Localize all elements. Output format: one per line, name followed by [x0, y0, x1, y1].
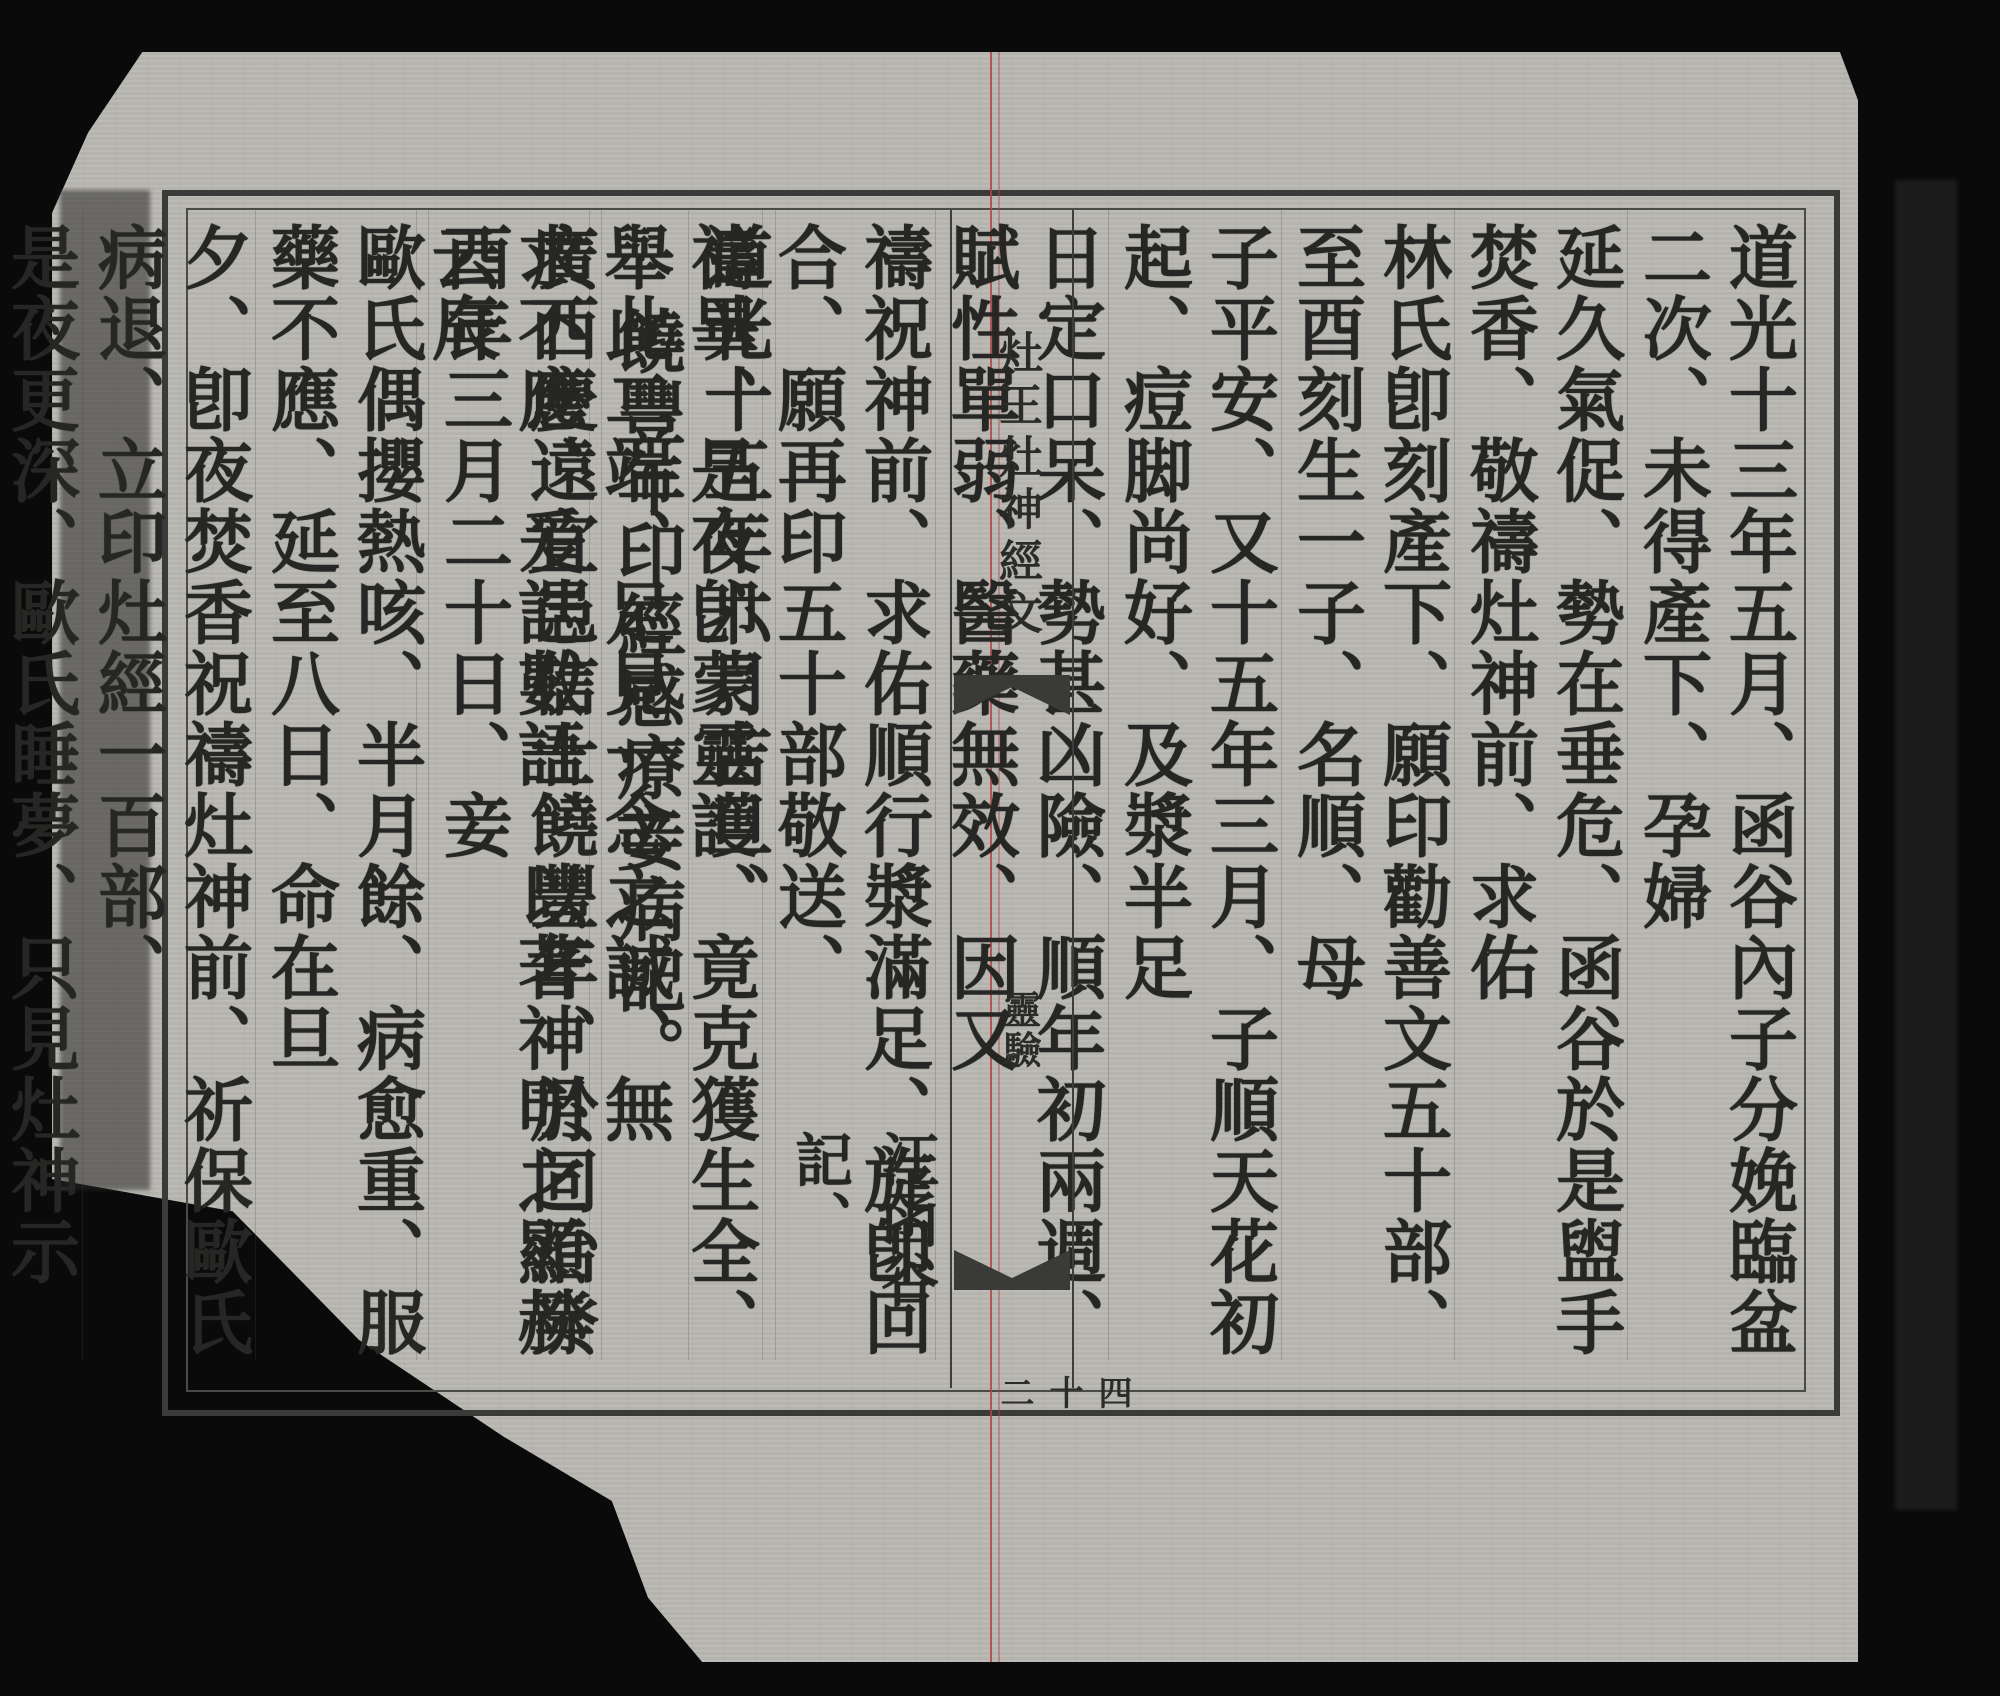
- essay-title: 饒豐年印經感療妾病記。: [601, 210, 688, 1360]
- banxin-title: 灶王灶神經文: [992, 330, 1040, 642]
- text-column: 道光十三年五月、函谷內子分娩臨盆二次、未得產下、孕婦: [1627, 210, 1800, 1360]
- text-column: 林氏卽刻產下、願印勸善文五十部、至酉刻生一子、名順、母: [1281, 210, 1454, 1360]
- right-page-text: 道光十三年五月、函谷內子分娩臨盆二次、未得產下、孕婦 延久氣促、勢在垂危、函谷於…: [1070, 210, 1800, 1388]
- page-number: 四十二: [990, 1375, 1137, 1409]
- left-page-text: 汪函谷記、 道光十五年六月吉旦、 饒豐年印經感療妾病記。 廣西慶遠宜邑信士饒豐年…: [188, 210, 948, 1388]
- fishtail-lower-icon: [954, 1250, 1070, 1290]
- fishtail-upper-icon: [954, 675, 1070, 715]
- text-column: 歐氏偶攖熱咳、半月餘、病愈重、服藥不應、延至八日、命在旦: [255, 210, 428, 1360]
- banxin-subtitle: 靈驗: [992, 990, 1047, 1070]
- text-column: 廣西慶遠宜邑信士饒豐年、於同治癸酉年三月二十日、妾: [428, 210, 601, 1360]
- signature-right: 汪函谷記、: [775, 210, 948, 1360]
- text-column: 是夜更深、歐氏睡夢、只見灶神示曰、汝宜廣行方便、爾病無: [0, 210, 82, 1360]
- text-column: 子平安、又十五年三月、子順天花初起、痘脚尚好、及漿半足: [1108, 210, 1281, 1360]
- text-column: 延久氣促、勢在垂危、函谷於是盥手焚香、敬禱灶神前、求佑: [1454, 210, 1627, 1360]
- date-line: 道光十五年六月吉旦、: [688, 210, 775, 1360]
- ink-smear-right-edge: [1895, 180, 1957, 1510]
- text-column: 夕、卽夜焚香祝禱灶神前、祈保歐氏病退、立印灶經一百部、: [82, 210, 255, 1360]
- banxin-center-column: 灶王灶神經文 靈驗 四十二: [950, 210, 1074, 1388]
